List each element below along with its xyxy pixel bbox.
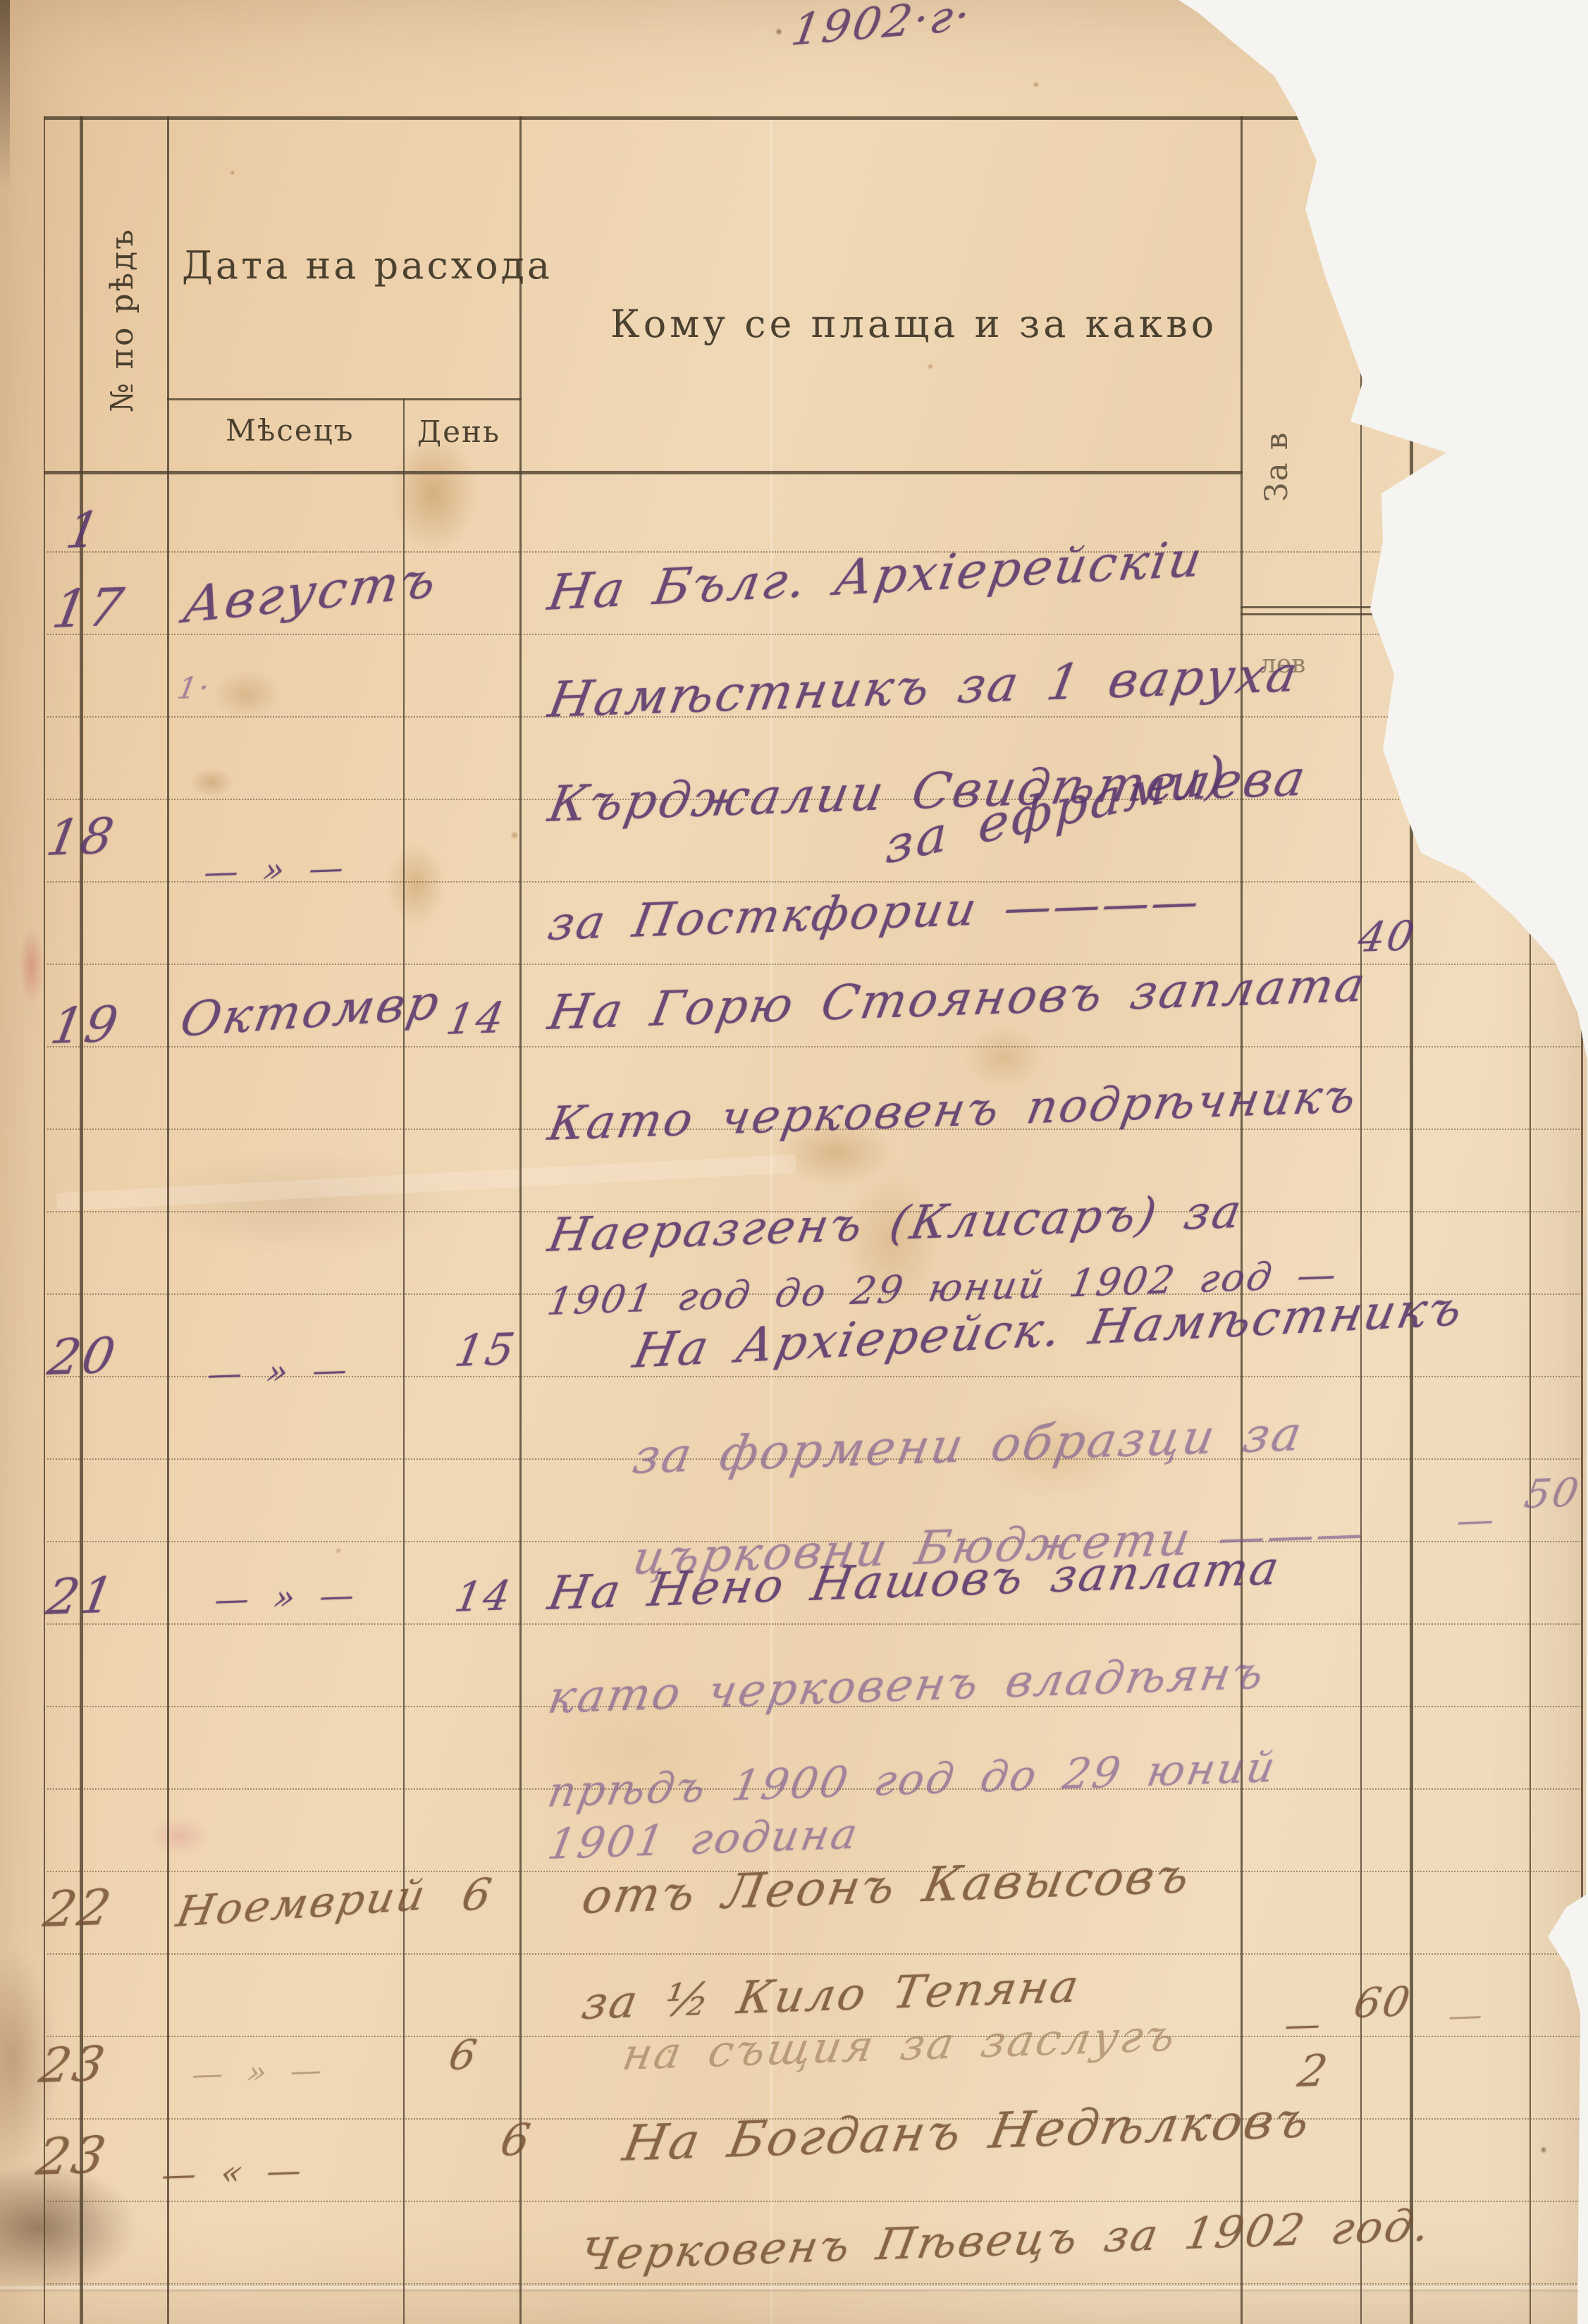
ditto-mark: — « — xyxy=(159,2151,307,2195)
entry-line: На Горю Стояновъ заплата xyxy=(544,957,1371,1041)
entry-day: 6 xyxy=(458,1869,498,1921)
ditto-mark: — » — xyxy=(204,1350,352,1394)
table-left-border xyxy=(80,116,83,2324)
table-top-border xyxy=(44,116,1582,120)
entry-month: Октомвр xyxy=(176,975,445,1048)
entry-line: за Посткфории ———— xyxy=(544,874,1205,951)
entry-no: 23 xyxy=(32,2125,112,2187)
entry-day: 6 xyxy=(445,2031,482,2079)
entry-day: 6 xyxy=(497,2114,536,2166)
entry-no: 22 xyxy=(39,1879,117,1938)
entry-line: прѣдъ 1900 год до 29 юний xyxy=(544,1742,1281,1817)
ditto-mark: — » — xyxy=(201,848,349,892)
amount-dash: — xyxy=(1445,1995,1488,2036)
entry-line: Като черковенъ подрѣчникъ xyxy=(544,1069,1362,1151)
date-subheader-line xyxy=(167,398,522,400)
amount-header-line-2 xyxy=(1241,613,1582,615)
entry-day: 14 xyxy=(443,993,510,1045)
ruled-line xyxy=(44,634,1582,635)
entry-no: 19 xyxy=(47,995,124,1055)
entry-no: 17 xyxy=(48,577,130,640)
entry-month: Августъ xyxy=(180,550,441,634)
header-bottom-line xyxy=(44,471,1243,474)
table-outer-left-line xyxy=(44,116,45,2324)
amount-header-line-1 xyxy=(1241,606,1582,608)
entry-line: На Бълг. Архіерейскіи xyxy=(544,530,1208,622)
header-row-number: № по рѣдъ xyxy=(104,228,140,412)
amount-dash: — xyxy=(1453,1499,1500,1542)
header-date-group: Дата на расхода xyxy=(182,243,553,288)
table-right-border xyxy=(1581,116,1583,2324)
entry-no: 23 xyxy=(35,2036,111,2094)
ruled-line xyxy=(44,2283,1582,2285)
ruled-line xyxy=(44,1046,1582,1047)
ditto-mark: — » — xyxy=(189,2053,327,2093)
entry-no: 20 xyxy=(44,1327,121,1387)
entry-month: Ноемврий xyxy=(173,1871,431,1937)
entry-line: Наеразгенъ (Клисаръ) за xyxy=(544,1184,1248,1262)
amount-value: 50 xyxy=(1521,1470,1584,1518)
entry-day: 15 xyxy=(451,1323,520,1377)
ruled-line xyxy=(44,1953,1582,1955)
scan-edge-shadow xyxy=(0,0,10,190)
entry-day: 14 xyxy=(451,1571,516,1621)
horizontal-fold-crease xyxy=(0,2286,1588,2289)
year-annotation: 1902·г· xyxy=(788,0,975,56)
header-day: День xyxy=(417,414,500,449)
amount-dash: — xyxy=(1281,2003,1327,2046)
ruled-line xyxy=(44,1623,1582,1625)
entry-no: 18 xyxy=(42,807,120,867)
entry-no: 21 xyxy=(42,1566,120,1626)
header-month: Мѣсецъ xyxy=(226,413,354,448)
entry-line: На Богданъ Недѣлковъ xyxy=(619,2091,1316,2172)
ditto-mark: — » — xyxy=(211,1575,359,1620)
entry-line: Черковенъ Пѣвецъ за 1902 год. xyxy=(577,2199,1436,2280)
amount-value: 40 xyxy=(1355,911,1420,961)
scanned-ledger-page: { "document": { "year_annotation": "1902… xyxy=(0,0,1588,2324)
amount-value: 60 xyxy=(1350,1977,1415,2027)
col-day-payee-divider xyxy=(519,116,522,2324)
header-payee: Кому се плаща и за какво xyxy=(610,302,1217,346)
paper-sheet: № по рѣдъ Дата на расхода Мѣсецъ День Ко… xyxy=(0,0,1588,2324)
entry-line: 1901 година xyxy=(544,1809,863,1869)
entry-line: като черковенъ владѣянъ xyxy=(544,1647,1269,1724)
header-amount-group-torn: За в xyxy=(1259,431,1295,502)
month-column-tick: 1· xyxy=(175,670,214,706)
col-rowno-divider xyxy=(167,116,169,2324)
amount-value: 2 xyxy=(1294,2045,1334,2097)
amount2-sub-divider xyxy=(1529,116,1531,2324)
entry-line: за формени образци за xyxy=(629,1406,1307,1485)
